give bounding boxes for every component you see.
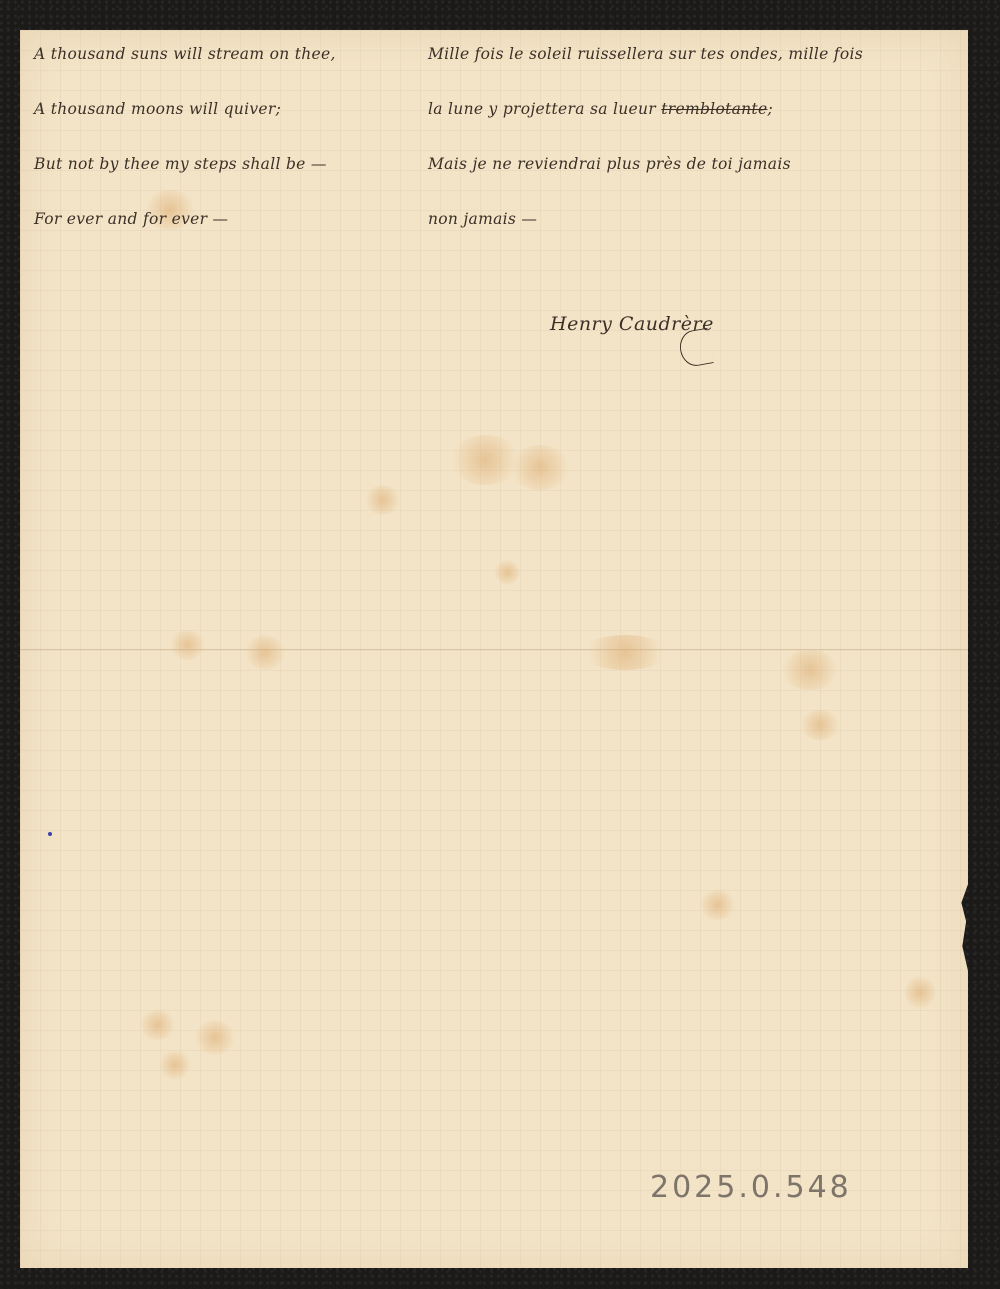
ink-dot [48,832,52,836]
foxing-stain [800,710,840,740]
english-verse: A thousand suns will stream on thee, A t… [34,45,364,275]
verse-line: But not by thee my steps shall be — [34,155,327,173]
foxing-stain [780,650,840,690]
foxing-stain [580,635,670,670]
struck-word: tremblotante [661,100,767,118]
verse-line: A thousand suns will stream on thee, [34,45,336,63]
foxing-stain [365,485,400,515]
catalog-number: 2025.0.548 [650,1170,852,1205]
foxing-stain [495,560,520,585]
foxing-stain [905,975,935,1010]
foxing-stain [170,630,205,660]
paper-fold-line [20,649,968,650]
verse-line: For ever and for ever — [34,210,228,228]
translation-line: la lune y projettera sa lueur tremblotan… [428,100,773,118]
translation-line: non jamais — [428,210,537,228]
foxing-stain [700,890,735,920]
translation-line: Mille fois le soleil ruissellera sur tes… [428,45,863,63]
french-translation: Mille fois le soleil ruissellera sur tes… [428,45,888,275]
manuscript-page: A thousand suns will stream on thee, A t… [20,30,968,1268]
foxing-stain [510,445,570,490]
foxing-stain [140,1010,175,1040]
foxing-stain [450,435,520,485]
foxing-stain [245,635,285,670]
translation-line: Mais je ne reviendrai plus près de toi j… [428,155,791,173]
verse-line: A thousand moons will quiver; [34,100,281,118]
foxing-stain [160,1050,190,1080]
foxing-stain [195,1020,235,1055]
